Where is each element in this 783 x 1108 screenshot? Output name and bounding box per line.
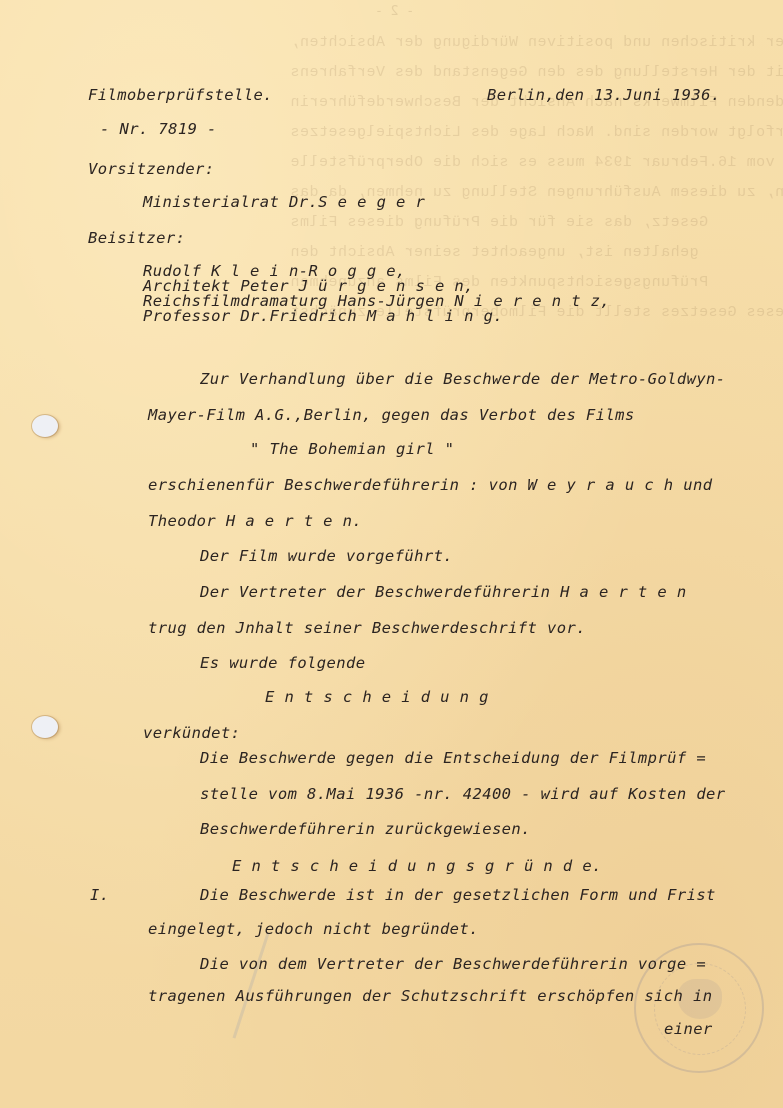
screening-note: Der Film wurde vorgeführt. <box>200 547 453 565</box>
ruling-line: Die Beschwerde gegen die Entscheidung de… <box>200 749 706 767</box>
chair-label: Vorsitzender: <box>88 160 215 178</box>
announced-label: verkündet: <box>143 724 240 742</box>
decision-heading: E n t s c h e i d u n g <box>265 688 489 706</box>
place-date: Berlin,den 13.Juni 1936. <box>487 86 721 104</box>
assessor-item: Professor Dr.Friedrich M a h l i n g. <box>143 307 503 325</box>
reason-line: Die von dem Vertreter der Beschwerdeführ… <box>200 955 706 973</box>
punch-hole-bottom <box>32 716 58 738</box>
appearance-line: erschienenfür Beschwerdeführerin : von W… <box>148 476 712 494</box>
reference-number: - Nr. 7819 - <box>100 120 217 138</box>
bleed-line: verfolgt worden sind. Nach Lage des Lich… <box>290 124 783 141</box>
following-line: Es wurde folgende <box>200 654 365 672</box>
ruling-line: stelle vom 8.Mai 1936 -nr. 42400 - wird … <box>200 785 726 803</box>
intro-line: Zur Verhandlung über die Beschwerde der … <box>200 370 726 388</box>
reason-line: eingelegt, jedoch nicht begründet. <box>148 920 479 938</box>
catchword: einer <box>664 1020 713 1038</box>
punch-hole-top <box>32 415 58 437</box>
reason-line: Die Beschwerde ist in der gesetzlichen F… <box>200 886 716 904</box>
agency-name: Filmoberprüfstelle. <box>88 86 273 104</box>
bleed-line: einer kritischen und positiven Würdigung… <box>290 34 783 51</box>
representative-line: trug den Jnhalt seiner Beschwerdeschrift… <box>148 619 586 637</box>
representative-line: Der Vertreter der Beschwerdeführerin H a… <box>200 583 687 601</box>
assessors-label: Beisitzer: <box>88 229 185 247</box>
reason-line: tragenen Ausführungen der Schutzschrift … <box>148 987 712 1005</box>
film-title: " The Bohemian girl " <box>250 440 454 458</box>
bleed-line: die mit der Herstellung des den Gegensta… <box>290 64 783 81</box>
bleed-line: gehalten ist, ungeachtet seiner Absicht … <box>290 244 699 261</box>
chair-name: Ministerialrat Dr.S e e g e r <box>143 193 425 211</box>
intro-line: Mayer-Film A.G.,Berlin, gegen das Verbot… <box>148 406 635 424</box>
bleed-page-number: - 2 - <box>375 4 414 19</box>
reasons-heading: E n t s c h e i d u n g s g r ü n d e. <box>232 857 602 875</box>
ruling-line: Beschwerdeführerin zurückgewiesen. <box>200 820 531 838</box>
document-page: - 2 - einer kritischen und positiven Wür… <box>0 0 783 1108</box>
appearance-line: Theodor H a e r t e n. <box>148 512 362 530</box>
bleed-line: Gesetz, das sie für die Prüfung dieses F… <box>290 214 708 231</box>
section-numeral: I. <box>90 886 109 904</box>
bleed-line: vom 16.Februar 1934 muss es sich die Obe… <box>290 154 775 171</box>
